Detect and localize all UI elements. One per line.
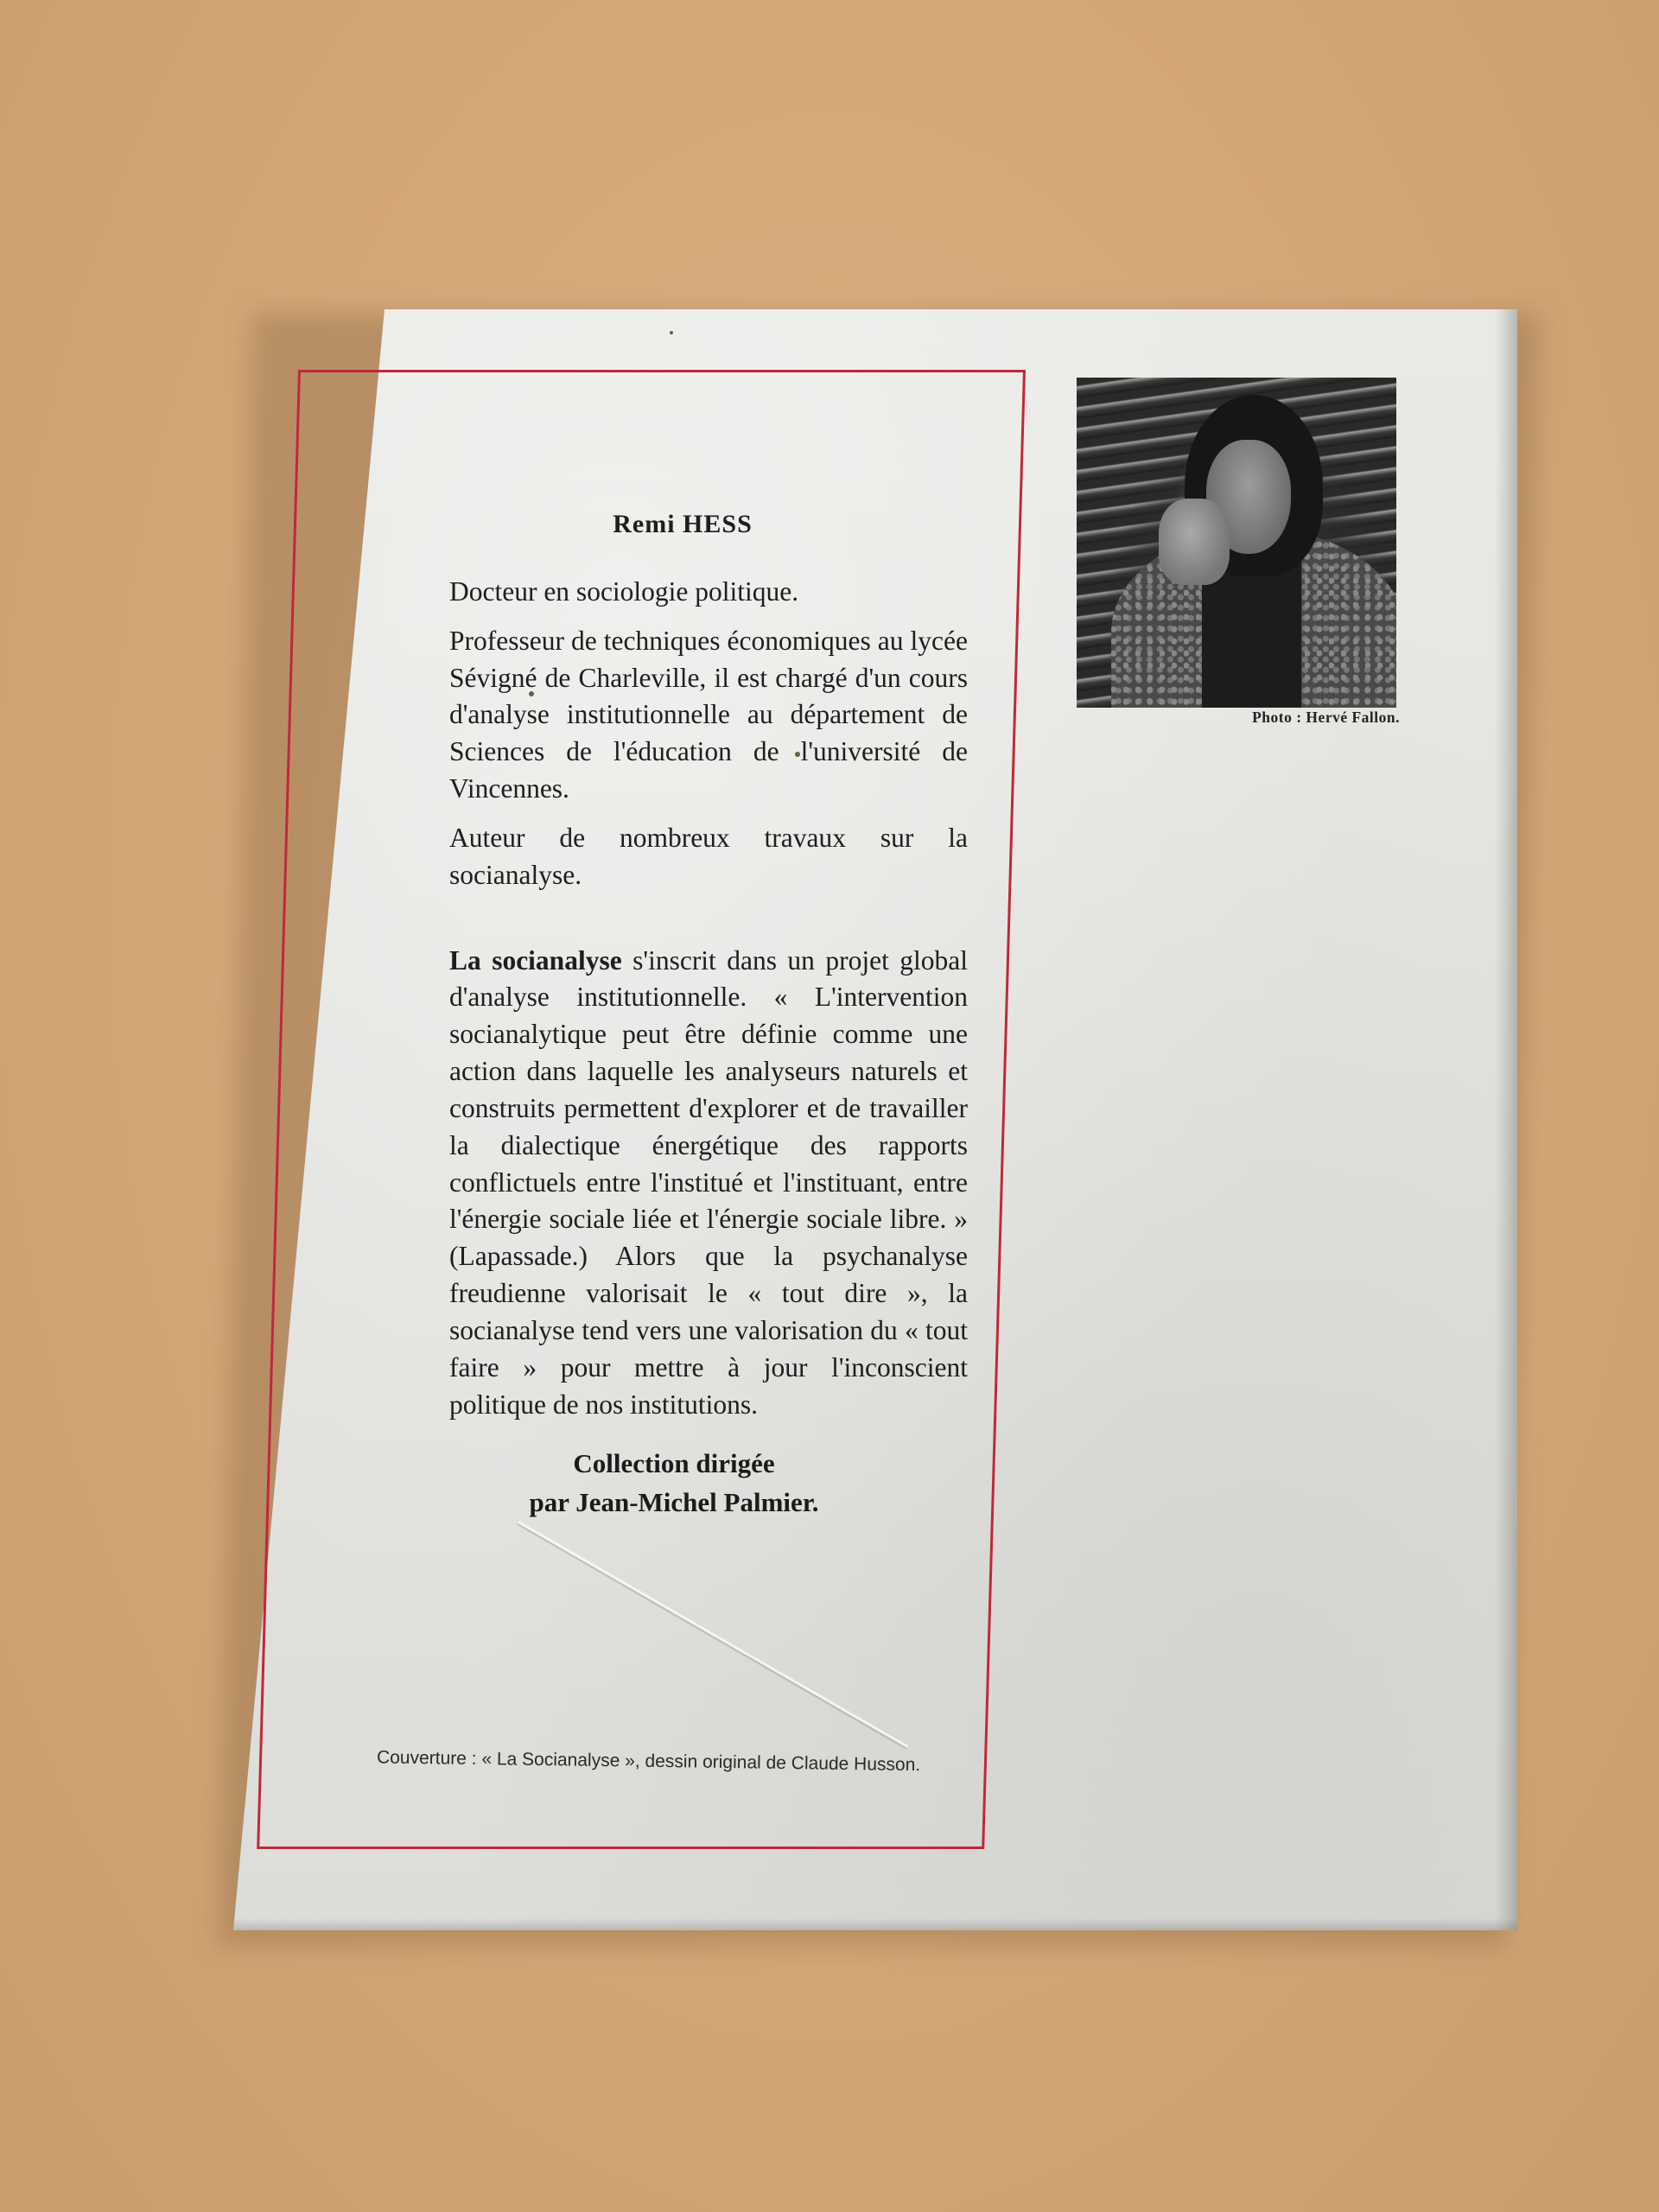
collection-line-2: par Jean-Michel Palmier. — [406, 1484, 942, 1522]
summary-paragraph: La socianalyse s'inscrit dans un projet … — [449, 943, 968, 1424]
summary-lead: La socianalyse — [449, 945, 622, 976]
stain-speck — [529, 691, 534, 696]
spine-edge — [1495, 309, 1517, 1930]
bottom-edge — [233, 1918, 1517, 1930]
collection-line-1: Collection dirigée — [406, 1445, 942, 1484]
stain-speck — [795, 752, 800, 757]
bio-paragraph-3: Auteur de nombreux travaux sur la socian… — [449, 820, 968, 894]
summary-text: s'inscrit dans un projet global d'analys… — [449, 945, 968, 1420]
photo-fist — [1159, 499, 1230, 585]
author-photo — [1077, 378, 1396, 708]
bio-paragraph-2: Professeur de techniques économiques au … — [449, 623, 968, 808]
stain-speck — [670, 331, 673, 334]
author-heading: Remi HESS — [397, 510, 968, 539]
author-text-block: Remi HESS Docteur en sociologie politiqu… — [449, 510, 968, 1435]
collection-note: Collection dirigée par Jean-Michel Palmi… — [406, 1445, 942, 1522]
bio-paragraph-1: Docteur en sociologie politique. — [449, 574, 968, 611]
photo-credit: Photo : Hervé Fallon. — [1149, 709, 1400, 727]
